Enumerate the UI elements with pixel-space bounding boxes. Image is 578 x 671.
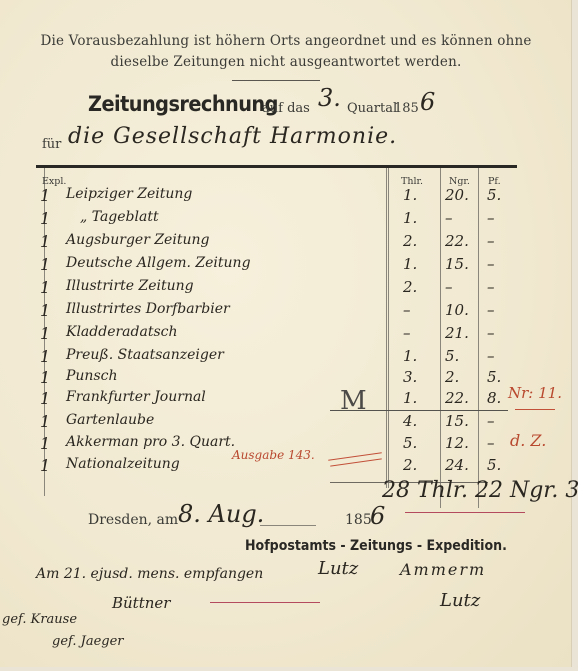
notice-line-2: dieselbe Zeitungen nicht ausgeantwortet … xyxy=(0,52,572,73)
row-pf: – xyxy=(487,347,495,365)
magenta-underline xyxy=(405,512,525,513)
signature-lutz-1: Lutz xyxy=(318,558,358,579)
red-annotation-ausgabe: Ausgabe 143. xyxy=(232,448,315,462)
row-thlr: 1. xyxy=(403,389,417,407)
row-pf: – xyxy=(487,209,495,227)
row-title: Punsch xyxy=(66,368,118,384)
row-title: Akkerman pro 3. Quart. xyxy=(66,434,235,450)
recipient-handwritten: die Gesellschaft Harmonie. xyxy=(68,124,397,149)
row-expl: 1 xyxy=(40,209,50,228)
row-expl: 1 xyxy=(40,232,50,251)
row-pf: 5. xyxy=(487,456,501,474)
row-expl: 1 xyxy=(40,389,50,408)
row-pf: – xyxy=(487,232,495,250)
row-thlr: 2. xyxy=(403,232,417,250)
date-rule xyxy=(260,525,316,526)
row-thlr: 2. xyxy=(403,278,417,296)
signature-krause: gef. Krause xyxy=(2,612,77,627)
signature-buettner: Büttner xyxy=(112,594,170,612)
year-prefix: 185 xyxy=(394,101,419,116)
red-annotation-dz: d. Z. xyxy=(510,431,546,450)
row-ngr: 22. xyxy=(445,232,469,250)
place-label: Dresden, am xyxy=(88,512,178,528)
row-expl: 1 xyxy=(40,412,50,431)
row-ngr: 20. xyxy=(445,186,469,204)
table-row: 1 Gartenlaube 4. 15. – xyxy=(0,412,572,434)
row-title: Gartenlaube xyxy=(66,412,154,428)
receipt-underline xyxy=(210,602,320,603)
row-ngr: 2. xyxy=(445,368,459,386)
row-thlr: – xyxy=(403,301,411,319)
row-thlr: 1. xyxy=(403,347,417,365)
footer-year-prefix: 185 xyxy=(345,512,372,528)
row-thlr: 2. xyxy=(403,456,417,474)
row-expl: 1 xyxy=(40,368,50,387)
row-pf: 5. xyxy=(487,368,501,386)
row-title: Nationalzeitung xyxy=(66,456,180,472)
row-pf: – xyxy=(487,434,495,452)
row-thlr: 1. xyxy=(403,255,417,273)
row-title: „ Tageblatt xyxy=(80,209,159,225)
red-annotation-number: Nr: 11. xyxy=(508,384,562,402)
signature-jaeger: gef. Jaeger xyxy=(52,634,124,649)
row-ngr: 24. xyxy=(445,456,469,474)
date-handwritten: 8. Aug. xyxy=(178,500,264,528)
row-expl: 1 xyxy=(40,186,50,205)
row-ngr: 12. xyxy=(445,434,469,452)
fuer-label: für xyxy=(42,137,61,152)
receipt-note: Am 21. ejusd. mens. empfangen xyxy=(36,566,263,582)
row-ngr: 10. xyxy=(445,301,469,319)
table-row: 1 Illustrirtes Dorfbarbier – 10. – xyxy=(0,301,572,323)
row-expl: 1 xyxy=(40,456,50,475)
quarter-handwritten: 3. xyxy=(318,84,341,112)
table-row: 1 Kladderadatsch – 21. – xyxy=(0,324,572,346)
pencil-mark: M xyxy=(340,386,367,416)
row-title: Kladderadatsch xyxy=(66,324,178,340)
document-title: Zeitungsrechnung xyxy=(88,92,278,116)
signature-lutz-2: Lutz xyxy=(440,590,480,611)
row-expl: 1 xyxy=(40,347,50,366)
row-thlr: – xyxy=(403,324,411,342)
row-pf: – xyxy=(487,324,495,342)
row-ngr: 22. xyxy=(445,389,469,407)
row-ngr: 15. xyxy=(445,412,469,430)
row-ngr: 21. xyxy=(445,324,469,342)
header-rule xyxy=(36,165,517,168)
row-pf: – xyxy=(487,255,495,273)
row-ngr: 15. xyxy=(445,255,469,273)
row-expl: 1 xyxy=(40,434,50,453)
row-pf: 5. xyxy=(487,186,501,204)
red-underline xyxy=(515,409,555,410)
notice-line-1: Die Vorausbezahlung ist höhern Orts ange… xyxy=(0,31,572,52)
row-ngr: – xyxy=(445,209,453,227)
row-thlr: 4. xyxy=(403,412,417,430)
row-title: Preuß. Staatsanzeiger xyxy=(66,347,224,363)
row-thlr: 1. xyxy=(403,209,417,227)
auf-das-label: auf das xyxy=(262,101,310,116)
row-ngr: – xyxy=(445,278,453,296)
signature-ammerm: Ammerm xyxy=(400,560,486,579)
row-ngr: 5. xyxy=(445,347,459,365)
table-row: 1 Frankfurter Journal 1. 22. 8. xyxy=(0,389,572,411)
row-title: Frankfurter Journal xyxy=(66,389,206,405)
row-pf: – xyxy=(487,301,495,319)
prepayment-notice: Die Vorausbezahlung ist höhern Orts ange… xyxy=(0,31,572,73)
row-title: Illustrirtes Dorfbarbier xyxy=(66,301,230,317)
quartal-label: Quartal xyxy=(347,101,397,116)
footer-year-handwritten: 6 xyxy=(370,502,385,530)
row-pf: – xyxy=(487,412,495,430)
year-handwritten: 6 xyxy=(420,88,435,116)
divider xyxy=(232,80,320,81)
row-expl: 1 xyxy=(40,301,50,320)
row-title: Illustrirte Zeitung xyxy=(66,278,194,294)
table-row: 1 Preuß. Staatsanzeiger 1. 5. – xyxy=(0,347,572,369)
row-title: Deutsche Allgem. Zeitung xyxy=(66,255,251,271)
table-row: 1 Deutsche Allgem. Zeitung 1. 15. – xyxy=(0,255,572,277)
invoice-document: Die Vorausbezahlung ist höhern Orts ange… xyxy=(0,0,572,667)
row-pf: 8. xyxy=(487,389,501,407)
row-expl: 1 xyxy=(40,255,50,274)
table-row: 1 Leipziger Zeitung 1. 20. 5. xyxy=(0,186,572,208)
row-thlr: 5. xyxy=(403,434,417,452)
row-expl: 1 xyxy=(40,278,50,297)
table-row: 1 Punsch 3. 2. 5. xyxy=(0,368,572,390)
row-pf: – xyxy=(487,278,495,296)
row-expl: 1 xyxy=(40,324,50,343)
row-thlr: 3. xyxy=(403,368,417,386)
row-thlr: 1. xyxy=(403,186,417,204)
row-title: Leipziger Zeitung xyxy=(66,186,192,202)
row-title: Augsburger Zeitung xyxy=(66,232,209,248)
total-handwritten: 28 Thlr. 22 Ngr. 3 Pf. xyxy=(382,478,578,503)
table-row: 1 Augsburger Zeitung 2. 22. – xyxy=(0,232,572,254)
office-signature-block: Hofpostamts - Zeitungs - Expedition. xyxy=(245,538,507,554)
table-row: 1 „ Tageblatt 1. – – xyxy=(0,209,572,231)
table-row: 1 Illustrirte Zeitung 2. – – xyxy=(0,278,572,300)
